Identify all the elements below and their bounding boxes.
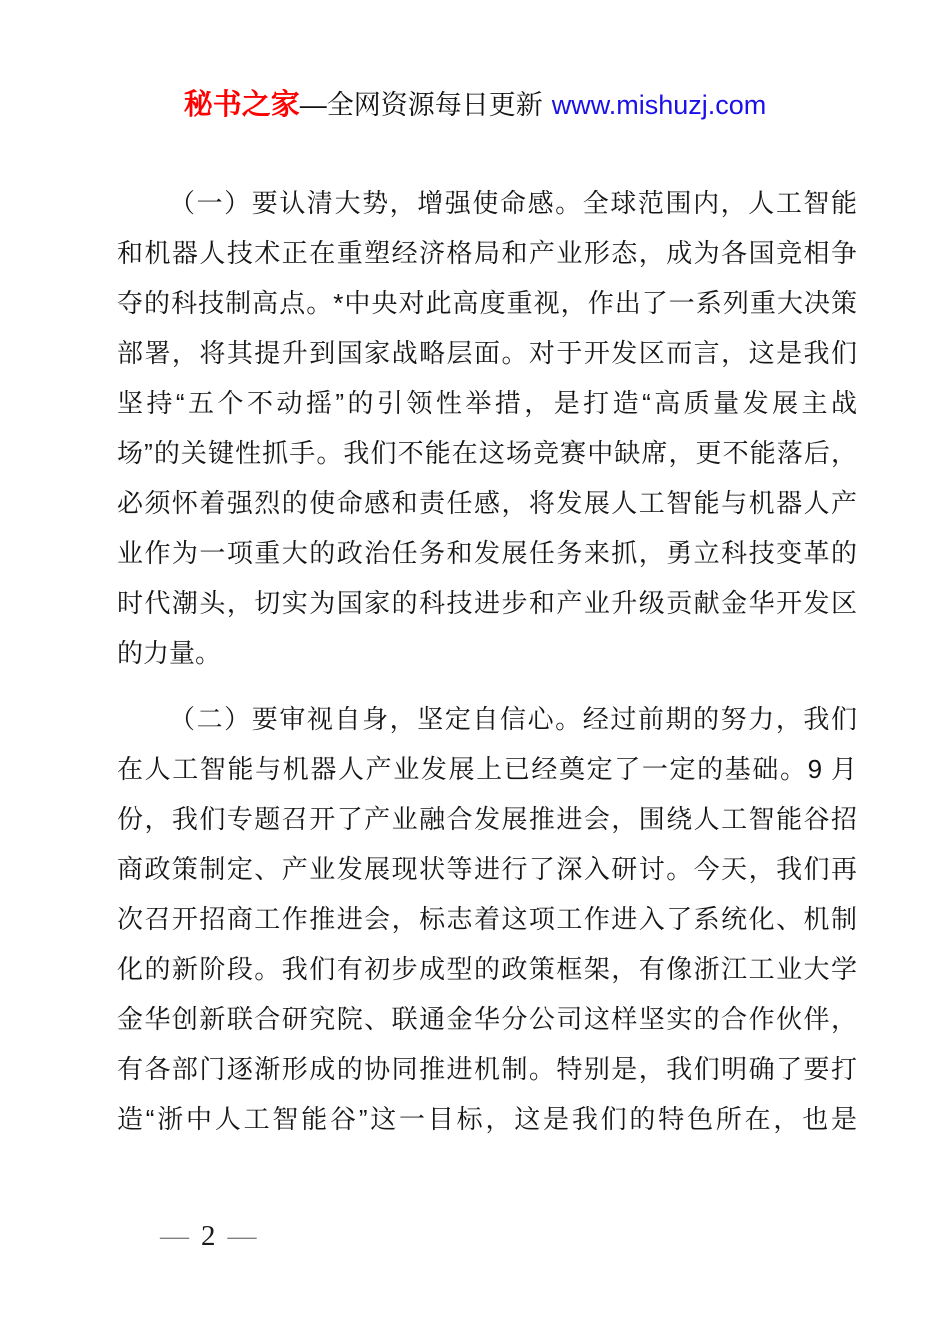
site-tagline: 全网资源每日更新 [327, 90, 543, 120]
site-url[interactable]: www.mishuzj.com [552, 90, 767, 120]
text-line: 份，我们专题召开了产业融合发展推进会，围绕人工智能谷招 [117, 794, 857, 844]
text-line: 业作为一项重大的政治任务和发展任务来抓，勇立科技变革的 [117, 528, 857, 578]
page-number: 2 [201, 1220, 216, 1252]
text-line: （二）要审视自身，坚定自信心。经过前期的努力，我们 [117, 694, 857, 744]
paragraph: （一）要认清大势，增强使命感。全球范围内，人工智能和机器人技术正在重塑经济格局和… [117, 178, 857, 678]
text-line: 部署，将其提升到国家战略层面。对于开发区而言，这是我们 [117, 328, 857, 378]
text-line: 次召开招商工作推进会，标志着这项工作进入了系统化、机制 [117, 894, 857, 944]
text-line: 场”的关键性抓手。我们不能在这场竞赛中缺席，更不能落后， [117, 428, 857, 478]
text-line: 坚持“五个不动摇”的引领性举措，是打造“高质量发展主战 [117, 378, 857, 428]
text-line: 的力量。 [117, 628, 857, 678]
text-line: 夺的科技制高点。*中央对此高度重视，作出了一系列重大决策 [117, 278, 857, 328]
page-number-left-dash: — [160, 1220, 189, 1252]
text-line: 有各部门逐渐形成的协同推进机制。特别是，我们明确了要打 [117, 1044, 857, 1094]
site-brand: 秘书之家 [184, 89, 300, 121]
document-body: （一）要认清大势，增强使命感。全球范围内，人工智能和机器人技术正在重塑经济格局和… [117, 178, 857, 1160]
text-line: 金华创新联合研究院、联通金华分公司这样坚实的合作伙伴， [117, 994, 857, 1044]
text-line: 化的新阶段。我们有初步成型的政策框架，有像浙江工业大学 [117, 944, 857, 994]
text-line: 商政策制定、产业发展现状等进行了深入研讨。今天，我们再 [117, 844, 857, 894]
paragraph: （二）要审视自身，坚定自信心。经过前期的努力，我们在人工智能与机器人产业发展上已… [117, 694, 857, 1144]
text-line: 和机器人技术正在重塑经济格局和产业形态，成为各国竞相争 [117, 228, 857, 278]
site-header: 秘书之家—全网资源每日更新www.mishuzj.com [0, 86, 950, 124]
text-line: 在人工智能与机器人产业发展上已经奠定了一定的基础。9 月 [117, 744, 857, 794]
text-line: 造“浙中人工智能谷”这一目标，这是我们的特色所在，也是 [117, 1094, 857, 1144]
text-line: （一）要认清大势，增强使命感。全球范围内，人工智能 [117, 178, 857, 228]
page-number-right-dash: — [228, 1220, 257, 1252]
text-line: 必须怀着强烈的使命感和责任感，将发展人工智能与机器人产 [117, 478, 857, 528]
document-page: 秘书之家—全网资源每日更新www.mishuzj.com （一）要认清大势，增强… [0, 0, 950, 1344]
text-line: 时代潮头，切实为国家的科技进步和产业升级贡献金华开发区 [117, 578, 857, 628]
header-separator: — [300, 90, 327, 120]
page-number-footer: —2— [160, 1219, 257, 1253]
